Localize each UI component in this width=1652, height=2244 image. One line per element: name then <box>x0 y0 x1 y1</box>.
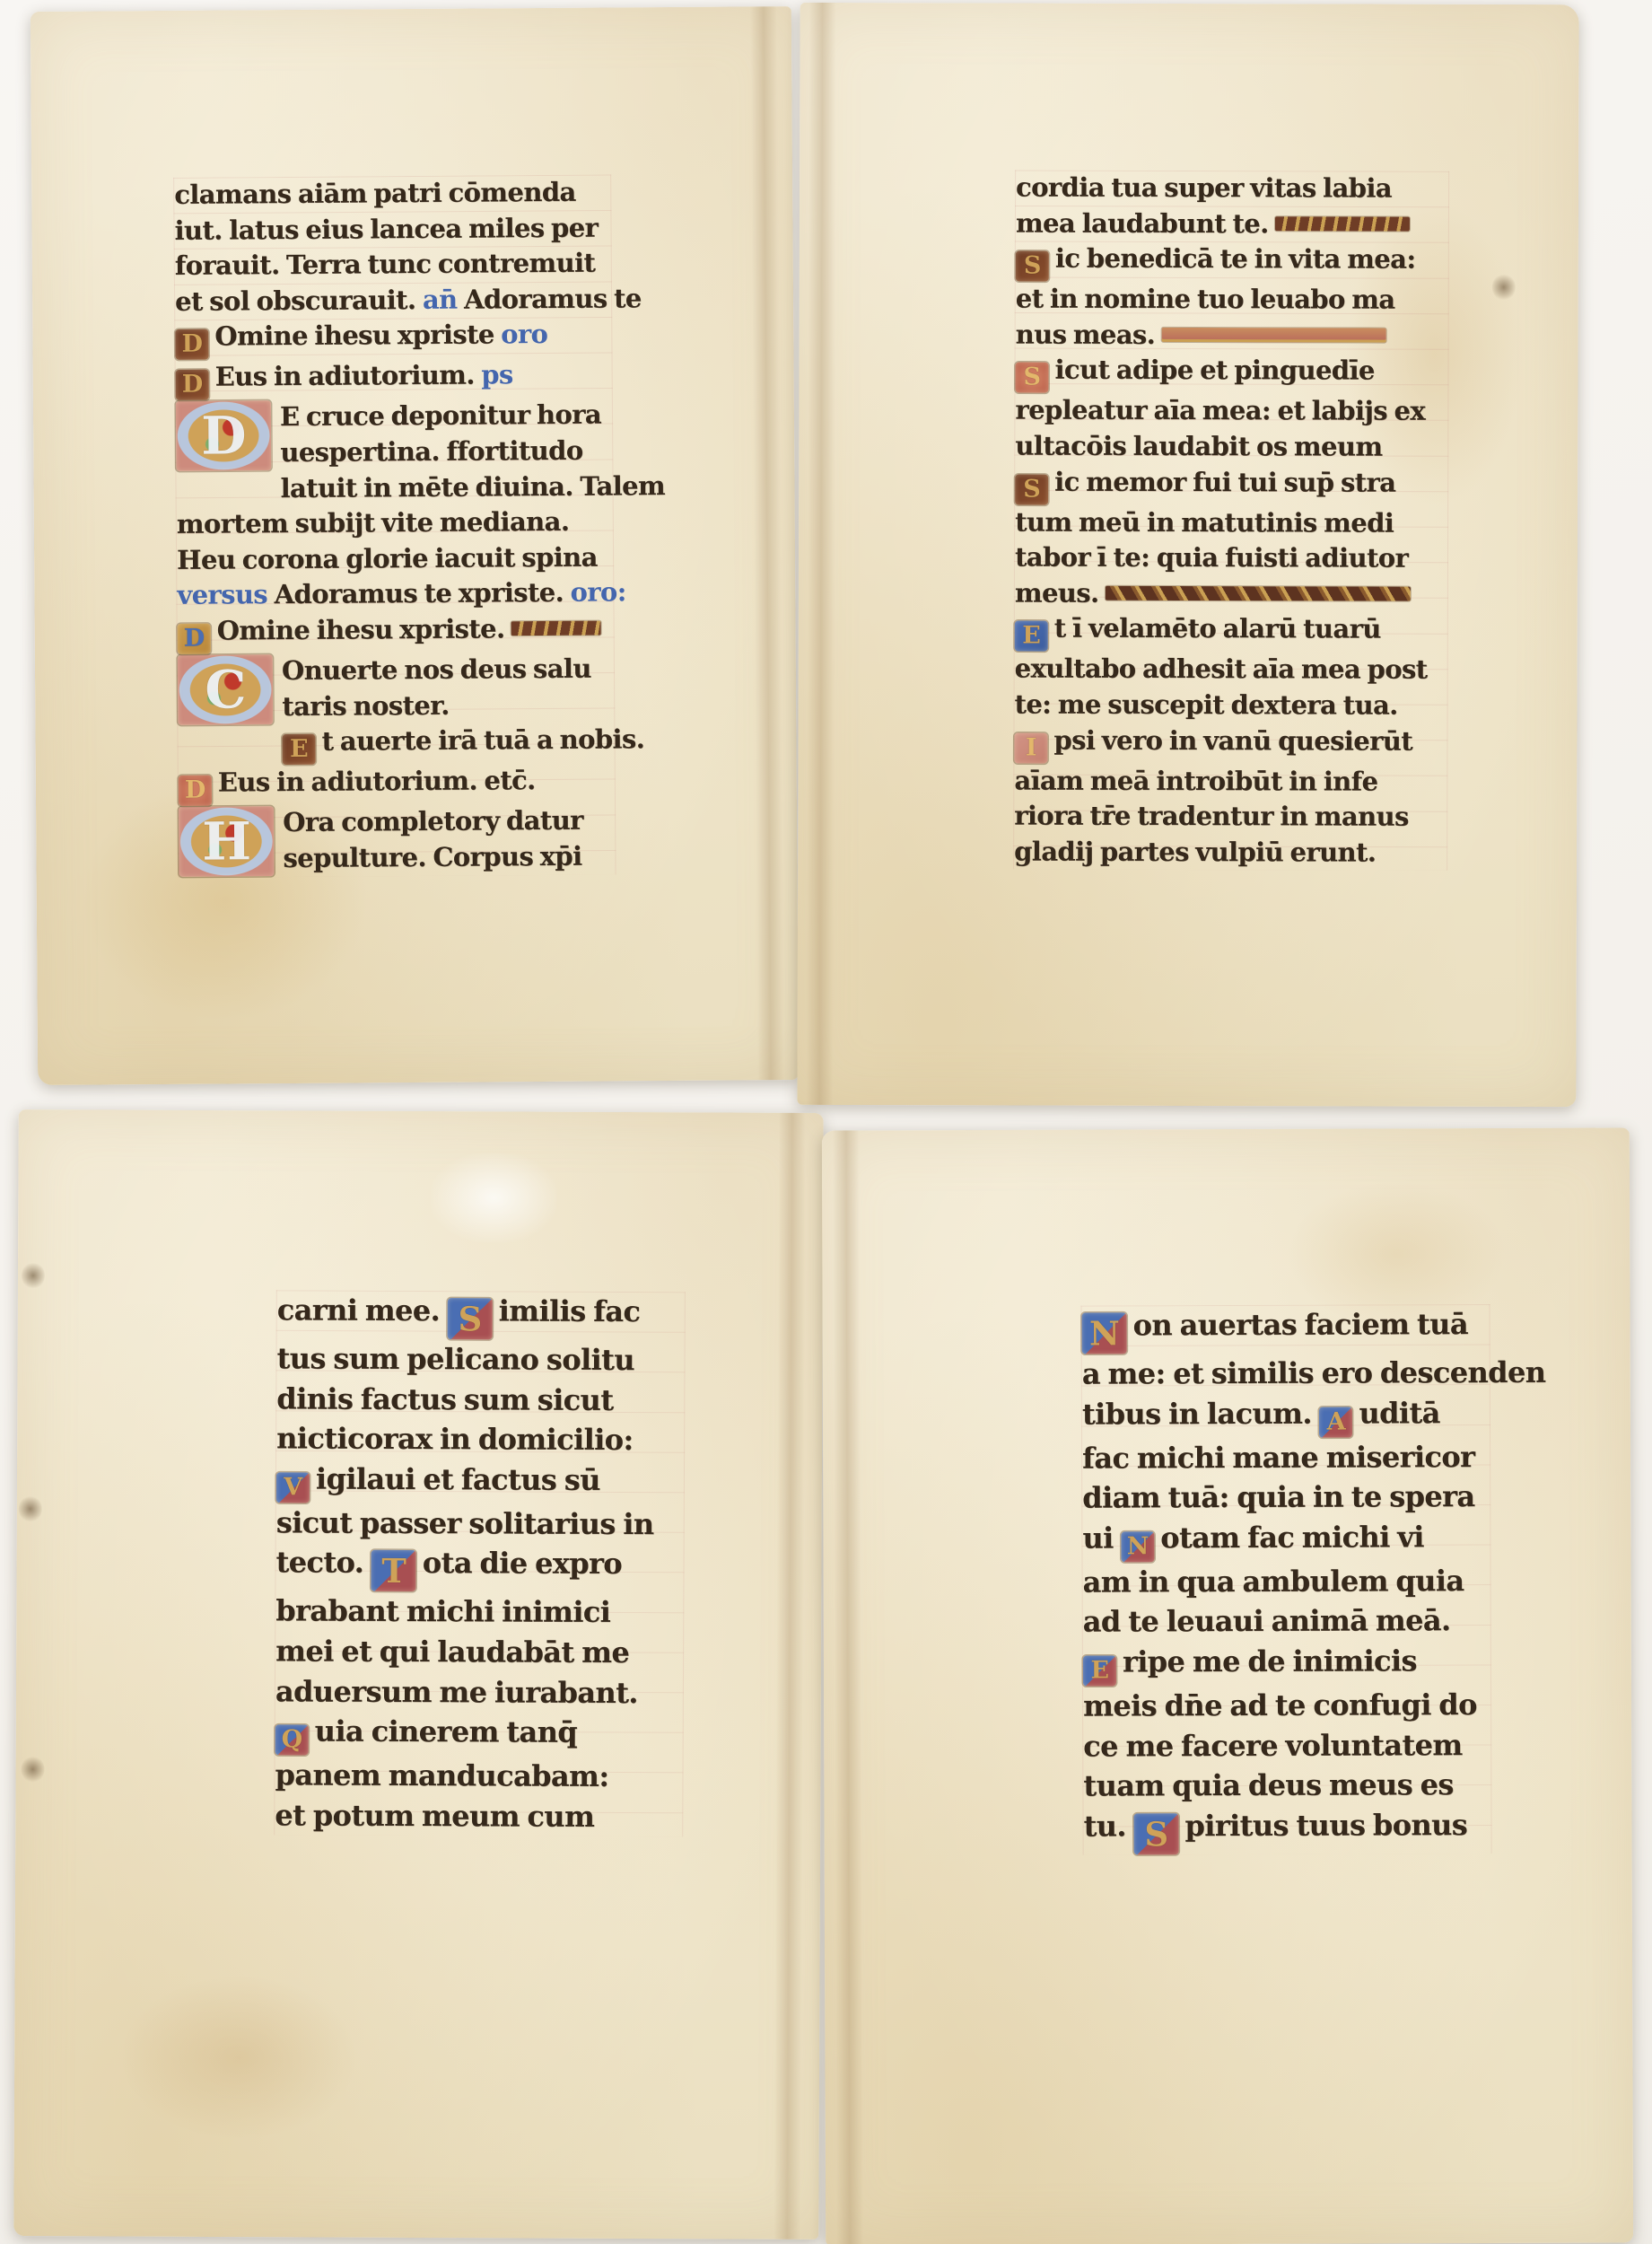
rubric-text: an̄ <box>423 284 464 314</box>
body-text: ce me facere voluntatem <box>1083 1728 1463 1763</box>
illuminated-initial: S <box>1016 251 1049 282</box>
body-text: uespertina. ffortitudo <box>280 435 582 468</box>
body-text: psi vero in vanū quesierūt <box>1053 724 1412 756</box>
stain <box>431 1153 556 1243</box>
body-text: sepulture. Corpus xp̄i <box>283 840 581 872</box>
body-text: Eus in adiutorium. etc̄. <box>218 765 536 797</box>
illuminated-initial: D <box>176 370 209 400</box>
gutter-crease <box>833 1130 863 2244</box>
text-line: DE cruce deponitur hora <box>176 398 612 436</box>
stain <box>122 1977 356 2139</box>
text-line: Quia cinerem tanq̄ <box>275 1711 683 1757</box>
text-line: clamans aiām patri cōmenda <box>174 174 610 213</box>
body-text: te: me suscepit dextera tua. <box>1015 688 1398 720</box>
manuscript-leaf-top-left: clamans aiām patri cōmendaiut. latus eiu… <box>31 6 799 1085</box>
line-filler <box>1106 586 1411 601</box>
line-filler <box>511 620 601 636</box>
body-text: t ī velamēto alarū tuarū <box>1054 613 1381 644</box>
body-text: aīam meā introibūt in infe <box>1014 765 1377 796</box>
text-line: forauit. Terra tunc contremuit <box>175 246 611 285</box>
text-block: cordia tua super vitas labiamea laudabun… <box>1013 170 1449 871</box>
body-text: nicticorax in domicilio: <box>276 1421 634 1457</box>
body-text: meis dn̄e ad te confugi do <box>1083 1687 1477 1723</box>
stain <box>22 1262 45 1289</box>
illuminated-initial: V <box>276 1472 310 1503</box>
stain <box>21 1756 44 1783</box>
text-line: tum meū in matutinis medi <box>1015 504 1447 541</box>
body-text: am in qua ambulem quia <box>1083 1564 1464 1599</box>
gutter-crease <box>750 6 784 1080</box>
body-text: uia cinerem tanq̄ <box>315 1714 578 1749</box>
rubric-text: oro: <box>570 577 626 608</box>
text-line: Heu corona glorie iacuit spina <box>177 539 613 578</box>
body-text: brabant michi inimici <box>275 1594 610 1630</box>
illuminated-initial: I <box>1014 732 1047 763</box>
text-line: et in nomine tuo leuabo ma <box>1016 282 1448 319</box>
manuscript-leaf-top-right: cordia tua super vitas labiamea laudabun… <box>797 3 1578 1107</box>
body-text: Onuerte nos deus salu <box>282 653 591 686</box>
body-text: ripe me de inimicis <box>1123 1644 1417 1679</box>
body-text: ad te leuaui animā meā. <box>1083 1604 1451 1639</box>
stain <box>19 1495 42 1522</box>
manuscript-leaf-bottom-left: carni mee. Similis factus sum pelicano s… <box>13 1109 823 2240</box>
body-text: meus. <box>1015 577 1106 608</box>
body-text: tus sum pelicano solitu <box>276 1341 634 1377</box>
body-text: icut adipe et pinguedīe <box>1054 355 1374 386</box>
body-text: Omine ihesu xpriste <box>214 320 501 352</box>
text-line: carni mee. Similis fac <box>277 1290 685 1340</box>
illuminated-initial: E <box>282 734 315 765</box>
illuminated-initial: E <box>1015 621 1048 652</box>
text-line: Sic benedicā te in vita mea: <box>1016 241 1448 283</box>
text-block: Non auertas faciem tuāa me: et similis e… <box>1081 1304 1492 1854</box>
text-line: latuit in mēte diuina. Talem <box>176 469 612 507</box>
body-text: panem manducabam: <box>275 1758 608 1793</box>
illuminated-initial: S <box>1015 474 1048 504</box>
text-line: Eripe me de inimicis <box>1083 1641 1490 1687</box>
body-text: Omine ihesu xpriste. <box>217 613 512 645</box>
body-text: latuit in mēte diuina. Talem <box>280 470 665 504</box>
body-text: nus meas. <box>1016 319 1162 349</box>
rubric-text: oro <box>501 319 547 349</box>
body-text: cordia tua super vitas labia <box>1016 171 1392 203</box>
body-text: t auerte irā tuā a nobis. <box>321 723 644 757</box>
text-line: tus sum pelicano solitu <box>276 1338 684 1381</box>
illuminated-initial: T <box>371 1550 416 1591</box>
body-text: tum meū in matutinis medi <box>1015 506 1394 538</box>
body-text: ultacōis laudabit os meum <box>1015 430 1382 461</box>
body-text: et sol obscurauit. <box>175 285 423 317</box>
body-text: diam tuā: quia in te spera <box>1082 1479 1474 1515</box>
body-text: riora tr̄e tradentur in manus <box>1014 801 1409 832</box>
illuminated-initial: N <box>1082 1312 1127 1354</box>
text-line: mea laudabunt te. <box>1016 206 1448 242</box>
body-text: repleatur aīa mea: et labijs ex <box>1015 395 1425 426</box>
body-text: sicut passer solitarius in <box>276 1505 654 1541</box>
text-line: ui Notam fac michi vi <box>1082 1517 1490 1563</box>
text-line: iut. latus eius lancea miles per <box>174 210 610 249</box>
text-line: DEus in adiutorium. etc̄. <box>179 763 615 806</box>
text-line: dinis factus sum sicut <box>276 1379 684 1421</box>
line-filler <box>1275 216 1410 231</box>
text-line: ultacōis laudabit os meum <box>1015 428 1447 465</box>
body-text: dinis factus sum sicut <box>276 1381 613 1417</box>
text-line: aīam meā introibūt in infe <box>1014 763 1447 800</box>
body-text: otam fac michi vi <box>1160 1520 1424 1555</box>
body-text: forauit. Terra tunc contremuit <box>175 248 596 281</box>
illuminated-initial: D <box>176 400 272 471</box>
body-text: aduersum me iurabant. <box>275 1674 638 1710</box>
body-text: Heu corona glorie iacuit spina <box>177 541 598 574</box>
body-text: piritus tuus bonus <box>1184 1808 1467 1843</box>
body-text: mortem subijt vite mediana. <box>177 506 570 539</box>
body-text: exultabo adhesit aīa mea post <box>1015 653 1428 685</box>
gutter-crease <box>806 3 835 1105</box>
text-line: Non auertas faciem tuā <box>1082 1304 1490 1354</box>
illuminated-initial: E <box>1083 1655 1116 1686</box>
text-line: nus meas. <box>1016 317 1448 354</box>
text-line: et sol obscurauit. an̄ Adoramus te <box>175 281 611 320</box>
text-line: Sicut adipe et pinguedīe <box>1015 353 1447 394</box>
body-text: a me: et similis ero descenden <box>1082 1355 1546 1391</box>
illuminated-initial: S <box>1133 1813 1178 1854</box>
body-text: mea laudabunt te. <box>1016 207 1275 239</box>
text-line: meus. <box>1015 575 1447 612</box>
text-line: sicut passer solitarius in <box>276 1503 684 1545</box>
illuminated-initial: N <box>1121 1531 1154 1562</box>
text-line: Vigilaui et factus sū <box>276 1459 684 1504</box>
body-text: fac michi mane misericor <box>1082 1440 1474 1476</box>
text-block: carni mee. Similis factus sum pelicano s… <box>274 1290 686 1836</box>
text-line: tecto. Tota die expro <box>275 1543 683 1593</box>
body-text: taris noster. <box>282 689 450 721</box>
text-line: fac michi mane misericor <box>1082 1437 1490 1478</box>
illuminated-initial: D <box>175 329 208 360</box>
body-text: Ora completory datur <box>283 805 583 837</box>
photo-background: clamans aiām patri cōmendaiut. latus eiu… <box>0 0 1652 2244</box>
body-text: tuam quia deus meus es <box>1083 1767 1454 1802</box>
body-text: et potum meum cum <box>275 1798 594 1834</box>
body-text: et in nomine tuo leuabo ma <box>1016 284 1395 315</box>
body-text: tibus in lacum. <box>1082 1396 1320 1431</box>
illuminated-initial: D <box>179 776 212 806</box>
text-line: DOmine ihesu xpriste oro <box>175 317 611 360</box>
text-line: mortem subijt vite mediana. <box>177 504 613 543</box>
illuminated-initial: C <box>178 654 274 725</box>
text-line: DOmine ihesu xpriste. <box>178 610 614 653</box>
body-text: ic memor fui tui sup̄ stra <box>1054 466 1395 497</box>
body-text: Eus in adiutorium. <box>215 360 482 392</box>
body-text: ic benedicā te in vita mea: <box>1055 243 1416 275</box>
stain <box>1492 274 1516 301</box>
text-line: te: me suscepit dextera tua. <box>1015 687 1447 723</box>
body-text: imilis fac <box>499 1293 641 1328</box>
body-text: ota die expro <box>423 1546 622 1581</box>
text-line: DEus in adiutorium. ps <box>176 357 612 400</box>
illuminated-initial: D <box>178 624 211 654</box>
text-line: brabant michi inimici <box>275 1591 683 1634</box>
illuminated-initial: A <box>1319 1407 1352 1437</box>
text-line: panem manducabam: <box>275 1755 682 1797</box>
text-line: aduersum me iurabant. <box>275 1671 683 1714</box>
manuscript-leaf-bottom-right: Non auertas faciem tuāa me: et similis e… <box>822 1127 1633 2244</box>
text-line: tuam quia deus meus es <box>1083 1765 1490 1806</box>
text-line: HOra completory datur <box>179 803 615 842</box>
gutter-crease <box>774 1113 805 2240</box>
text-block: clamans aiām patri cōmendaiut. latus eiu… <box>173 174 616 878</box>
body-text: igilaui et factus sū <box>316 1461 600 1496</box>
body-text: iut. latus eius lancea miles per <box>174 212 598 245</box>
body-text: Adoramus te xpriste. <box>274 577 570 609</box>
text-line: versus Adoramus te xpriste. oro: <box>177 575 613 614</box>
text-line: COnuerte nos deus salu <box>178 651 614 689</box>
text-line: cordia tua super vitas labia <box>1016 170 1448 206</box>
text-line: nicticorax in domicilio: <box>276 1418 684 1460</box>
text-line: ce me facere voluntatem <box>1083 1725 1490 1766</box>
text-line: exultabo adhesit aīa mea post <box>1015 652 1447 688</box>
text-line: Et auerte irā tuā a nobis. <box>178 723 614 766</box>
text-line: a me: et similis ero descenden <box>1082 1353 1490 1394</box>
body-text: mei et qui laudabāt me <box>275 1634 629 1670</box>
text-line: meis dn̄e ad te confugi do <box>1083 1685 1490 1726</box>
text-line: tibus in lacum. Auditā <box>1082 1393 1490 1439</box>
text-line: diam tuā: quia in te spera <box>1082 1477 1490 1518</box>
text-line: tu. Spiritus tuus bonus <box>1083 1805 1490 1855</box>
illuminated-initial: H <box>179 806 275 877</box>
body-text: uditā <box>1359 1396 1439 1430</box>
text-line: Ipsi vero in vanū quesierūt <box>1014 723 1447 764</box>
line-filler <box>1162 328 1386 343</box>
body-text: clamans aiām patri cōmenda <box>174 177 576 210</box>
text-line: tabor ī te: quia fuisti adiutor <box>1015 540 1447 577</box>
body-text: tabor ī te: quia fuisti adiutor <box>1015 542 1408 574</box>
body-text: E cruce deponitur hora <box>280 399 601 432</box>
text-line: repleatur aīa mea: et labijs ex <box>1015 393 1447 430</box>
text-line: Sic memor fui tui sup̄ stra <box>1015 464 1447 505</box>
rubric-text: versus <box>177 579 274 610</box>
text-line: ad te leuaui animā meā. <box>1083 1600 1490 1642</box>
body-text: ui <box>1082 1521 1121 1555</box>
body-text: tecto. <box>275 1546 371 1580</box>
illuminated-initial: S <box>1015 363 1048 393</box>
text-line: et potum meum cum <box>275 1795 682 1837</box>
text-line: mei et qui laudabāt me <box>275 1631 683 1673</box>
text-line: riora tr̄e tradentur in manus <box>1014 799 1447 836</box>
body-text: carni mee. <box>277 1293 448 1328</box>
body-text: gladij partes vulpiū erunt. <box>1014 836 1376 867</box>
text-line: am in qua ambulem quia <box>1083 1561 1490 1602</box>
body-text: tu. <box>1083 1809 1133 1843</box>
text-line: Et ī velamēto alarū tuarū <box>1015 611 1447 653</box>
body-text: Adoramus te <box>464 283 642 314</box>
rubric-text: ps <box>481 360 513 390</box>
body-text: on auertas faciem tuā <box>1133 1307 1468 1342</box>
illuminated-initial: Q <box>275 1724 309 1755</box>
text-line: gladij partes vulpiū erunt. <box>1014 834 1447 871</box>
illuminated-initial: S <box>448 1298 493 1339</box>
